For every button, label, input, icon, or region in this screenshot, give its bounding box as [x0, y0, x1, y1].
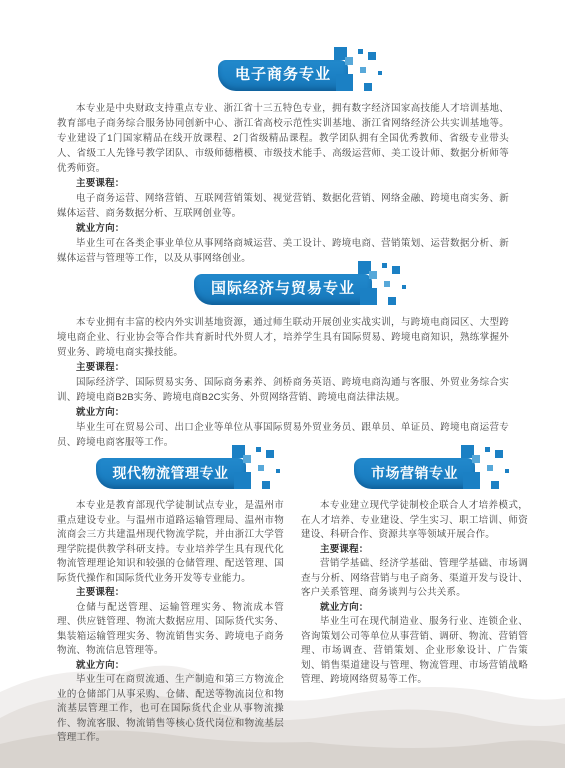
- jobs-text: 毕业生可在现代制造业、服务行业、连锁企业、咨询策划公司等单位从事营销、调研、物流…: [301, 615, 528, 688]
- jobs-text: 毕业生可在各类企事业单位从事网络商城运营、美工设计、跨境电商、营销策划、运营数据…: [57, 236, 509, 266]
- major-title-ecommerce: 电子商务专业: [235, 67, 331, 83]
- courses-label: 主要课程：: [57, 176, 509, 191]
- banner-row-marketing: 市场营销专业: [301, 458, 528, 489]
- bottom-columns: 现代物流管理专业 本专业是教育部现代学徒制试点专业，是温州市重点建设专业。与温州…: [0, 458, 565, 746]
- pixel-square: [336, 74, 353, 91]
- pixel-square: [358, 49, 363, 54]
- pixel-square: [378, 71, 382, 75]
- pixel-square: [276, 469, 280, 473]
- courses-text: 国际经济学、国际贸易实务、国际商务素养、剑桥商务英语、跨境电商沟通与客服、外贸业…: [57, 375, 509, 405]
- pixel-mosaic-icon: [461, 445, 519, 503]
- major-intro: 本专业是教育部现代学徒制试点专业，是温州市重点建设专业。与温州市道路运输管理局、…: [57, 499, 284, 586]
- courses-text: 营销学基础、经济学基础、管理学基础、市场调查与分析、网络营销与电子商务、渠道开发…: [301, 557, 528, 601]
- pixel-square: [382, 263, 387, 268]
- section-trade: 国际经济与贸易专业 本专业拥有丰富的校内外实训基地资源，通过师生联动开展创业实战…: [0, 274, 565, 450]
- pixel-square: [262, 481, 270, 489]
- courses-text: 电子商务运营、网络营销、互联网营销策划、视觉营销、数据化营销、网络金融、跨境电商…: [57, 191, 509, 221]
- pixel-mosaic-icon: [358, 261, 416, 319]
- jobs-label: 就业方向：: [57, 405, 509, 420]
- pixel-square: [360, 67, 366, 73]
- pixel-square: [388, 297, 396, 305]
- pixel-mosaic-icon: [334, 47, 392, 105]
- major-title-logistics: 现代物流管理专业: [113, 465, 229, 481]
- pixel-square: [384, 281, 390, 287]
- pixel-square: [368, 52, 376, 60]
- pixel-square: [505, 469, 509, 473]
- brochure-page: 电子商务专业 本专业是中央财政支持重点专业、浙江省十三五特色专业，拥有数字经济国…: [0, 0, 565, 768]
- pixel-square: [243, 455, 251, 463]
- page-content: 电子商务专业 本专业是中央财政支持重点专业、浙江省十三五特色专业，拥有数字经济国…: [0, 60, 565, 746]
- pixel-square: [463, 472, 480, 489]
- major-banner-trade: 国际经济与贸易专业: [194, 274, 372, 305]
- section-ecommerce: 电子商务专业 本专业是中央财政支持重点专业、浙江省十三五特色专业，拥有数字经济国…: [0, 60, 565, 266]
- pixel-mosaic-icon: [232, 445, 290, 503]
- pixel-square: [258, 465, 264, 471]
- pixel-square: [491, 481, 499, 489]
- pixel-square: [364, 83, 372, 91]
- jobs-label: 就业方向：: [301, 601, 528, 616]
- jobs-label: 就业方向：: [57, 659, 284, 674]
- courses-label: 主要课程：: [301, 543, 528, 558]
- major-intro: 本专业是中央财政支持重点专业、浙江省十三五特色专业，拥有数字经济国家高技能人才培…: [57, 101, 509, 176]
- banner-row-ecommerce: 电子商务专业: [57, 60, 509, 91]
- courses-label: 主要课程：: [57, 360, 509, 375]
- pixel-square: [495, 450, 503, 458]
- banner-row-logistics: 现代物流管理专业: [57, 458, 284, 489]
- jobs-text: 毕业生可在商贸流通、生产制造和第三方物流企业的仓储部门从事采购、仓储、配送等物流…: [57, 673, 284, 746]
- pixel-square: [266, 450, 274, 458]
- pixel-square: [472, 455, 480, 463]
- pixel-square: [369, 271, 377, 279]
- pixel-square: [256, 447, 261, 452]
- pixel-square: [487, 465, 493, 471]
- jobs-label: 就业方向：: [57, 221, 509, 236]
- banner-row-trade: 国际经济与贸易专业: [57, 274, 509, 305]
- courses-text: 仓储与配送管理、运输管理实务、物流成本管理、供应链管理、物流大数据应用、国际货代…: [57, 601, 284, 659]
- pixel-square: [485, 447, 490, 452]
- pixel-square: [234, 472, 251, 489]
- pixel-square: [392, 266, 400, 274]
- major-banner-ecommerce: 电子商务专业: [218, 60, 348, 91]
- pixel-square: [345, 57, 353, 65]
- major-intro: 本专业建立现代学徒制校企联合人才培养模式，在人才培养、专业建设、学生实习、职工培…: [301, 499, 528, 543]
- section-marketing: 市场营销专业 本专业建立现代学徒制校企联合人才培养模式，在人才培养、专业建设、学…: [301, 458, 528, 746]
- major-intro: 本专业拥有丰富的校内外实训基地资源，通过师生联动开展创业实战实训，与跨境电商园区…: [57, 315, 509, 360]
- pixel-square: [360, 288, 377, 305]
- courses-label: 主要课程：: [57, 586, 284, 601]
- pixel-square: [402, 285, 406, 289]
- major-title-marketing: 市场营销专业: [371, 465, 458, 481]
- major-banner-logistics: 现代物流管理专业: [96, 458, 246, 489]
- section-logistics: 现代物流管理专业 本专业是教育部现代学徒制试点专业，是温州市重点建设专业。与温州…: [57, 458, 284, 746]
- major-title-trade: 国际经济与贸易专业: [211, 281, 355, 297]
- major-banner-marketing: 市场营销专业: [354, 458, 475, 489]
